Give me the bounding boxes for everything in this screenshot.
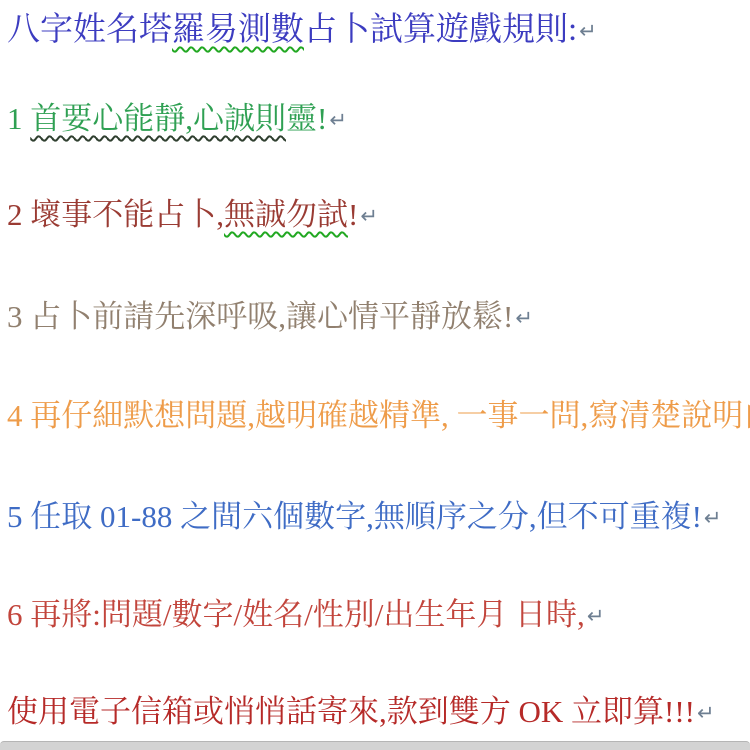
rule-2-wavy-spellcheck: 無誠勿試 (224, 197, 348, 232)
paragraph-mark-icon: ↵ (515, 306, 533, 330)
title-text-plain1: 八字姓名塔 (7, 12, 172, 48)
rule-line-1: 1 首要心能靜,心誠則靈!↵ (7, 101, 347, 137)
rule-line-7: 使用電子信箱或悄悄話寄來,款到雙方 OK 立即算!!!↵ (7, 694, 715, 730)
rule-1-plain1: 1 (7, 101, 30, 136)
paragraph-mark-icon: ↵ (360, 204, 378, 228)
rule-1-plain2: 靈! (286, 101, 327, 136)
document-page: 八字姓名塔羅易測數占卜試算遊戲規則:↵ 1 首要心能靜,心誠則靈!↵ 2 壞事不… (0, 0, 750, 750)
rule-6-text: 6 再將:問題/數字/姓名/性別/出生年月 日時, (7, 597, 585, 632)
rule-line-3: 3 占卜前請先深呼吸,讓心情平靜放鬆!↵ (7, 299, 533, 335)
paragraph-mark-icon: ↵ (704, 506, 722, 530)
title-text-plain2: 占卜試算遊戲規則: (304, 12, 577, 48)
paragraph-mark-icon: ↵ (697, 701, 715, 725)
rule-line-4: 4 再仔細默想問題,越明確越精準, 一事一問,寫清楚說明白!↵ (7, 398, 750, 434)
rule-line-2: 2 壞事不能占卜,無誠勿試!↵ (7, 197, 378, 233)
rule-2-plain1: 2 壞事不能占卜, (7, 197, 224, 232)
paragraph-mark-icon: ↵ (587, 604, 605, 628)
rule-line-5: 5 任取 01-88 之間六個數字,無順序之分,但不可重複!↵ (7, 499, 722, 535)
title-text-wavy-spellcheck: 羅易測數 (172, 12, 304, 48)
rule-7-text: 使用電子信箱或悄悄話寄來,款到雙方 OK 立即算!!! (7, 694, 695, 729)
bottom-window-edge-bar (0, 741, 750, 750)
page-title: 八字姓名塔羅易測數占卜試算遊戲規則:↵ (7, 12, 597, 50)
rule-line-6: 6 再將:問題/數字/姓名/性別/出生年月 日時,↵ (7, 597, 604, 633)
rule-2-plain2: ! (348, 197, 358, 232)
rule-5-text: 5 任取 01-88 之間六個數字,無順序之分,但不可重複! (7, 499, 702, 534)
rule-3-text: 3 占卜前請先深呼吸,讓心情平靜放鬆! (7, 299, 513, 334)
paragraph-mark-icon: ↵ (329, 108, 347, 132)
rule-4-text: 4 再仔細默想問題,越明確越精準, 一事一問,寫清楚說明白! (7, 398, 750, 433)
paragraph-mark-icon: ↵ (579, 19, 597, 43)
rule-1-wavy-grammar: 首要心能靜,心誠則 (30, 101, 286, 136)
